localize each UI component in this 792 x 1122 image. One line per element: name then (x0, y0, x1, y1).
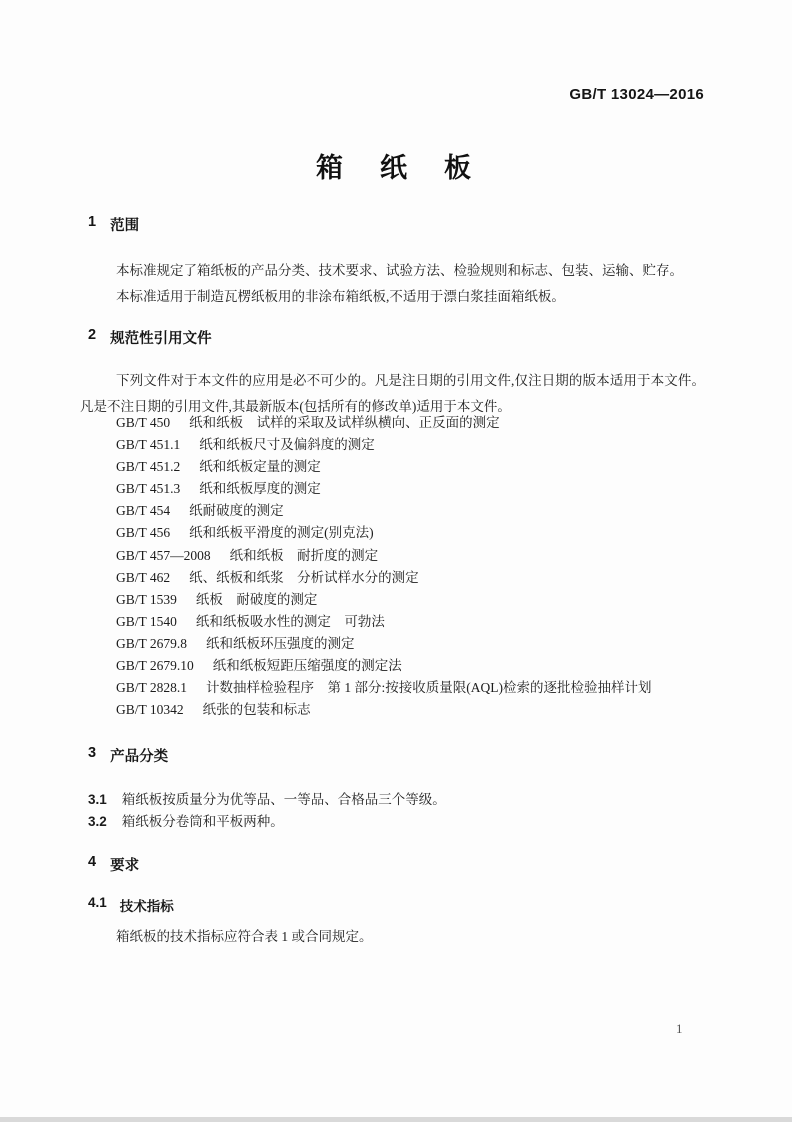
reference-item: GB/T 462纸、纸板和纸浆 分析试样水分的测定 (116, 567, 705, 589)
reference-code: GB/T 451.1 (116, 434, 180, 456)
section-title: 规范性引用文件 (110, 327, 212, 348)
section-number: 4 (88, 854, 96, 875)
reference-description: 纸板 耐破度的测定 (196, 589, 318, 611)
reference-code: GB/T 2828.1 (116, 677, 187, 699)
reference-item: GB/T 450纸和纸板 试样的采取及试样纵横向、正反面的测定 (116, 412, 705, 434)
reference-item: GB/T 456纸和纸板平滑度的测定(别克法) (116, 522, 705, 544)
reference-code: GB/T 456 (116, 522, 170, 544)
section-number: 3 (88, 745, 96, 766)
page-number: 1 (676, 1021, 683, 1037)
reference-description: 纸和纸板 试样的采取及试样纵横向、正反面的测定 (189, 412, 500, 434)
reference-item: GB/T 451.3纸和纸板厚度的测定 (116, 478, 705, 500)
reference-code: GB/T 2679.10 (116, 655, 194, 677)
reference-item: GB/T 2679.8纸和纸板环压强度的测定 (116, 633, 705, 655)
document-title: 箱 纸 板 (0, 146, 792, 185)
reference-code: GB/T 457—2008 (116, 545, 211, 567)
standard-code: GB/T 13024—2016 (569, 86, 704, 103)
reference-description: 纸和纸板定量的测定 (199, 456, 321, 478)
page-bottom-edge (0, 1117, 792, 1122)
reference-description: 纸、纸板和纸浆 分析试样水分的测定 (189, 567, 419, 589)
document-page: GB/T 13024—2016 箱 纸 板 1 范围 本标准规定了箱纸板的产品分… (0, 0, 792, 1122)
section-title: 范围 (110, 214, 139, 235)
reference-description: 纸和纸板尺寸及偏斜度的测定 (199, 434, 375, 456)
reference-description: 纸和纸板环压强度的测定 (206, 633, 355, 655)
clause-number: 3.2 (88, 811, 107, 833)
reference-item: GB/T 451.1纸和纸板尺寸及偏斜度的测定 (116, 434, 705, 456)
reference-description: 纸和纸板平滑度的测定(别克法) (189, 522, 374, 544)
reference-description: 计数抽样检验程序 第 1 部分:按接收质量限(AQL)检索的逐批检验抽样计划 (206, 677, 652, 699)
section-title: 产品分类 (110, 745, 168, 766)
normative-references-list: GB/T 450纸和纸板 试样的采取及试样纵横向、正反面的测定 GB/T 451… (116, 412, 705, 721)
section-4-paragraph: 箱纸板的技术指标应符合表 1 或合同规定。 (80, 924, 705, 950)
clause-3-2: 3.2 箱纸板分卷筒和平板两种。 (88, 811, 284, 833)
subsection-title: 技术指标 (120, 895, 174, 915)
section-2-heading: 2 规范性引用文件 (88, 327, 212, 348)
subsection-number: 4.1 (88, 895, 107, 915)
reference-item: GB/T 451.2纸和纸板定量的测定 (116, 456, 705, 478)
clause-3-1: 3.1 箱纸板按质量分为优等品、一等品、合格品三个等级。 (88, 789, 446, 811)
reference-item: GB/T 10342纸张的包装和标志 (116, 699, 705, 721)
reference-item: GB/T 454纸耐破度的测定 (116, 500, 705, 522)
reference-code: GB/T 454 (116, 500, 170, 522)
reference-code: GB/T 451.2 (116, 456, 180, 478)
section-4-heading: 4 要求 (88, 854, 139, 875)
subsection-4-1-heading: 4.1 技术指标 (88, 895, 174, 915)
section-3-heading: 3 产品分类 (88, 745, 168, 766)
reference-code: GB/T 1540 (116, 611, 177, 633)
reference-description: 纸和纸板吸水性的测定 可勃法 (196, 611, 385, 633)
reference-code: GB/T 2679.8 (116, 633, 187, 655)
reference-item: GB/T 1540纸和纸板吸水性的测定 可勃法 (116, 611, 705, 633)
section-number: 1 (88, 214, 96, 235)
reference-description: 纸张的包装和标志 (203, 699, 311, 721)
section-title: 要求 (110, 854, 139, 875)
reference-item: GB/T 1539纸板 耐破度的测定 (116, 589, 705, 611)
section-1-paragraph-2: 本标准适用于制造瓦楞纸板用的非涂布箱纸板,不适用于漂白浆挂面箱纸板。 (80, 284, 705, 310)
reference-description: 纸耐破度的测定 (189, 500, 284, 522)
clause-text: 箱纸板按质量分为优等品、一等品、合格品三个等级。 (122, 789, 446, 811)
reference-code: GB/T 10342 (116, 699, 184, 721)
reference-description: 纸和纸板短距压缩强度的测定法 (213, 655, 402, 677)
reference-description: 纸和纸板 耐折度的测定 (230, 545, 379, 567)
reference-code: GB/T 450 (116, 412, 170, 434)
section-1-paragraph-1: 本标准规定了箱纸板的产品分类、技术要求、试验方法、检验规则和标志、包装、运输、贮… (80, 258, 705, 284)
reference-item: GB/T 457—2008纸和纸板 耐折度的测定 (116, 545, 705, 567)
reference-code: GB/T 451.3 (116, 478, 180, 500)
reference-code: GB/T 1539 (116, 589, 177, 611)
reference-item: GB/T 2828.1计数抽样检验程序 第 1 部分:按接收质量限(AQL)检索… (116, 677, 705, 699)
section-1-heading: 1 范围 (88, 214, 139, 235)
section-number: 2 (88, 327, 96, 348)
clause-text: 箱纸板分卷筒和平板两种。 (122, 811, 284, 833)
reference-item: GB/T 2679.10纸和纸板短距压缩强度的测定法 (116, 655, 705, 677)
reference-description: 纸和纸板厚度的测定 (199, 478, 321, 500)
clause-number: 3.1 (88, 789, 107, 811)
reference-code: GB/T 462 (116, 567, 170, 589)
